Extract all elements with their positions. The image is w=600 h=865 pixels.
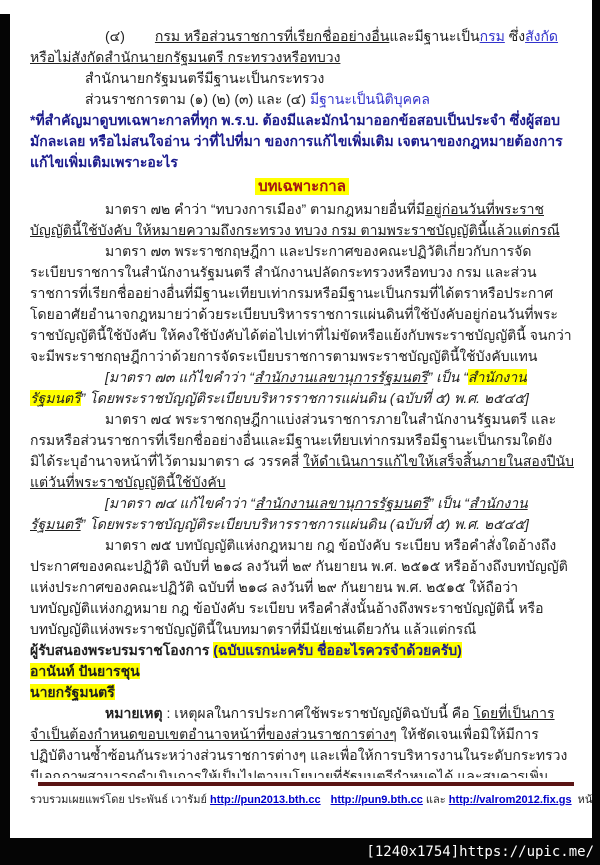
footer-divider — [38, 782, 574, 786]
scan-border-bottom: [1240x1754]https://upic.me/ — [0, 838, 600, 865]
remark-text: : เหตุผลในการประกาศใช้พระราชบัญญัติฉบับน… — [163, 705, 474, 721]
document-page: (๔)กรม หรือส่วนราชการที่เรียกชื่ออย่างอื… — [30, 26, 574, 778]
clause-4-plain-text-2: ซึ่ง — [505, 28, 525, 44]
juristic-line-blue-text: มีฐานะเป็นนิติบุคคล — [310, 91, 430, 107]
upic-watermark: [1240x1754]https://upic.me/ — [366, 844, 600, 860]
section-73-amendment-note: [มาตรา ๗๓ แก้ไขคำว่า “สำนักงานเลขานุการร… — [30, 367, 574, 409]
note-73-text-2: ” เป็น “ — [428, 369, 468, 385]
exam-tip-note: *ที่สำคัญมาดูบทเฉพาะกาลที่ทุก พ.ร.บ. ต้อ… — [30, 110, 574, 173]
remark-paragraph: หมายเหตุ : เหตุผลในการประกาศใช้พระราชบัญ… — [30, 703, 574, 778]
clause-number: (๔) — [105, 28, 125, 44]
countersignature-label: ผู้รับสนองพระบรมราชโองการ — [30, 642, 213, 658]
juristic-line-text: ส่วนราชการตาม (๑) (๒) (๓) และ (๔) — [85, 91, 310, 107]
transitional-provisions-heading-row: บทเฉพาะกาล — [30, 176, 574, 197]
note-73-text: [มาตรา ๗๓ แก้ไขคำว่า “ — [105, 369, 254, 385]
scan-border-right — [592, 0, 600, 865]
section-72-text: มาตรา ๗๒ คำว่า “ทบวงการเมือง” ตามกฎหมายอ… — [105, 201, 425, 217]
clause-4-term-sangkat: สังกัด — [525, 28, 558, 44]
remark-label: หมายเหตุ — [105, 705, 163, 721]
note-74-old-term: สำนักงานเลขานุการรัฐมนตรี — [255, 495, 429, 511]
note-74-text-2: ” เป็น “ — [429, 495, 469, 511]
footer-credit-text: รวบรวมเผยแพร่โดย ประพันธ์ เวารัมย์ — [30, 794, 210, 806]
footer-credit-line: รวบรวมเผยแพร่โดย ประพันธ์ เวารัมย์ http:… — [30, 793, 574, 807]
signer-title-line: นายกรัฐมนตรี — [30, 682, 574, 703]
note-73-text-3: ” โดยพระราชบัญญัติระเบียบบริหารราชการแผ่… — [81, 390, 529, 406]
pm-office-line: สำนักนายกรัฐมนตรีมีฐานะเป็นกระทรวง — [30, 68, 574, 89]
footer-link-pun2013[interactable]: http://pun2013.bth.cc — [210, 794, 321, 806]
clause-4-underlined-tail: หรือไม่สังกัดสำนักนายกรัฐมนตรี กระทรวงหร… — [30, 49, 340, 65]
note-74-text: [มาตรา ๗๔ แก้ไขคำว่า “ — [105, 495, 255, 511]
clause-4-paragraph: (๔)กรม หรือส่วนราชการที่เรียกชื่ออย่างอื… — [30, 26, 574, 68]
footer-link-pun9[interactable]: http://pun9.bth.cc — [331, 794, 423, 806]
clause-4-term-krom: กรม — [480, 28, 505, 44]
note-74-text-3: ” โดยพระราชบัญญัติระเบียบบริหารราชการแผ่… — [81, 516, 529, 532]
section-72: มาตรา ๗๒ คำว่า “ทบวงการเมือง” ตามกฎหมายอ… — [30, 199, 574, 241]
juristic-person-line: ส่วนราชการตาม (๑) (๒) (๓) และ (๔) มีฐานะ… — [30, 89, 574, 110]
section-74-amendment-note: [มาตรา ๗๔ แก้ไขคำว่า “สำนักงานเลขานุการร… — [30, 493, 574, 535]
signer-name: อานันท์ ปันยารชุน — [30, 663, 140, 679]
transitional-provisions-heading: บทเฉพาะกาล — [255, 178, 349, 195]
section-73: มาตรา ๗๓ พระราชกฤษฎีกา และประกาศของคณะปฏ… — [30, 241, 574, 367]
scan-border-left — [0, 14, 10, 865]
clause-4-underlined-text: กรม หรือส่วนราชการที่เรียกชื่ออย่างอื่น — [155, 28, 389, 44]
clause-4-plain-text: และมีฐานะเป็น — [389, 28, 479, 44]
footer-link-valrom[interactable]: http://valrom2012.fix.gs — [449, 794, 572, 806]
section-74: มาตรา ๗๔ พระราชกฤษฎีกาแบ่งส่วนราชการภายใ… — [30, 409, 574, 493]
signer-title: นายกรัฐมนตรี — [30, 684, 115, 700]
page-footer: รวบรวมเผยแพร่โดย ประพันธ์ เวารัมย์ http:… — [30, 782, 574, 807]
note-73-old-term: สำนักงานเลขานุการรัฐมนตรี — [254, 369, 428, 385]
signer-name-line: อานันท์ ปันยารชุน — [30, 661, 574, 682]
countersignature-line: ผู้รับสนองพระบรมราชโองการ (ฉบับแรกน่ะครั… — [30, 640, 574, 661]
footer-and-text: และ — [423, 794, 449, 806]
countersignature-annotation: (ฉบับแรกน่ะครับ ชื่ออะไรควรจำด้วยครับ) — [213, 642, 462, 658]
section-75: มาตรา ๗๕ บทบัญญัติแห่งกฎหมาย กฎ ข้อบังคั… — [30, 535, 574, 640]
